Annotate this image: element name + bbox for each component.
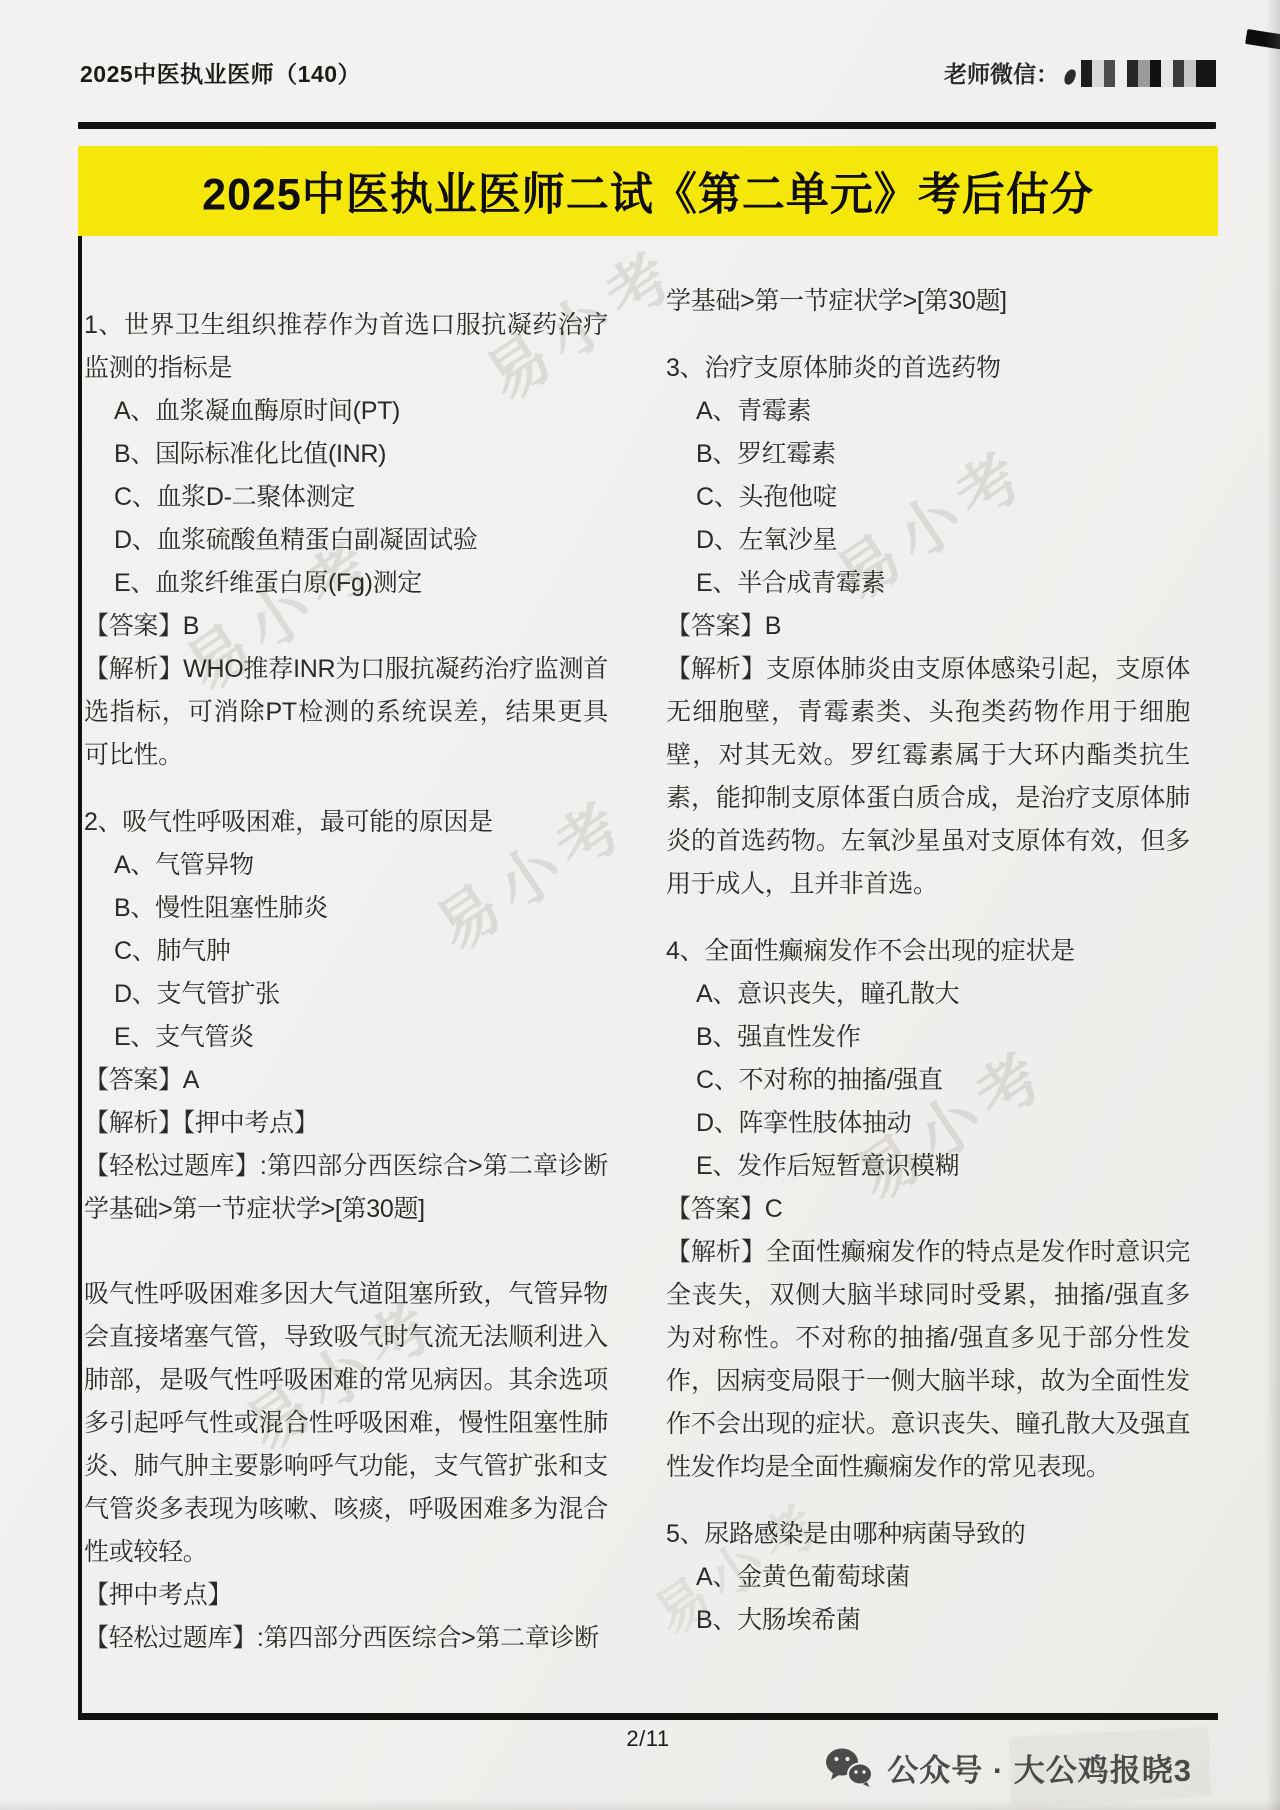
column-right: 学基础>第一节症状学>[第30题]3、治疗支原体肺炎的首选药物A、青霉素B、罗红… [666, 280, 1190, 1660]
text-block: 【答案】B [666, 605, 1190, 648]
text-block: A、金黄色葡萄球菌 [666, 1556, 1190, 1599]
title-banner: 2025中医执业医师二试《第二单元》考后估分 [78, 146, 1218, 236]
text-block: 【轻松过题库】:第四部分西医综合>第二章诊断 [84, 1617, 608, 1660]
official-account-row: 公众号 · 大公鸡报晓3 [823, 1745, 1192, 1790]
text-block: 【解析】支原体肺炎由支原体感染引起，支原体无细胞壁，青霉素类、头孢类药物作用于细… [666, 648, 1190, 906]
text-block: C、头孢他啶 [666, 476, 1190, 519]
text-block: A、青霉素 [666, 390, 1190, 433]
text-block: E、血浆纤维蛋白原(Fg)测定 [84, 562, 608, 605]
text-block: C、不对称的抽搐/强直 [666, 1059, 1190, 1102]
text-block: 2、吸气性呼吸困难，最可能的原因是 [84, 801, 608, 844]
wechat-icon [823, 1747, 875, 1789]
text-block: 【轻松过题库】:第四部分西医综合>第二章诊断学基础>第一节症状学>[第30题] [84, 1145, 608, 1231]
text-block: D、血浆硫酸鱼精蛋白副凝固试验 [84, 519, 608, 562]
text-block: A、血浆凝血酶原时间(PT) [84, 390, 608, 433]
text-block: C、血浆D-二聚体测定 [84, 476, 608, 519]
text-block: E、支气管炎 [84, 1016, 608, 1059]
text-block: E、半合成青霉素 [666, 562, 1190, 605]
wechat-label: 老师微信： [944, 56, 1059, 89]
text-block: 【解析】【押中考点】 [84, 1102, 608, 1145]
text-block: D、支气管扩张 [84, 973, 608, 1016]
header-divider [78, 122, 1216, 129]
text-block: 1、世界卫生组织推荐作为首选口服抗凝药治疗监测的指标是 [84, 304, 608, 390]
text-block: E、发作后短暂意识模糊 [666, 1145, 1190, 1188]
column-left: 1、世界卫生组织推荐作为首选口服抗凝药治疗监测的指标是A、血浆凝血酶原时间(PT… [84, 280, 608, 1660]
text-block: 3、治疗支原体肺炎的首选药物 [666, 347, 1190, 390]
header-title: 2025中医执业医师（140） [80, 56, 361, 89]
two-column-text: 1、世界卫生组织推荐作为首选口服抗凝药治疗监测的指标是A、血浆凝血酶原时间(PT… [82, 236, 1218, 1660]
text-block: B、强直性发作 [666, 1016, 1190, 1059]
text-block: 吸气性呼吸困难多因大气道阻塞所致，气管异物会直接堵塞气管，导致吸气时气流无法顺利… [84, 1273, 608, 1574]
text-block: 【答案】A [84, 1059, 608, 1102]
text-block: B、大肠埃希菌 [666, 1599, 1190, 1642]
text-block: 4、全面性癫痫发作不会出现的症状是 [666, 930, 1190, 973]
text-block: B、慢性阻塞性肺炎 [84, 887, 608, 930]
text-block: B、罗红霉素 [666, 433, 1190, 476]
text-block: B、国际标准化比值(INR) [84, 433, 608, 476]
text-block: A、意识丧失，瞳孔散大 [666, 973, 1190, 1016]
text-block: 5、尿路感染是由哪种病菌导致的 [666, 1513, 1190, 1556]
text-block: 【押中考点】 [84, 1574, 608, 1617]
official-account-name: 公众号 · 大公鸡报晓3 [887, 1745, 1192, 1790]
document-page: 2025中医执业医师（140） 老师微信： 2025中医执业医师二试《第二单元》… [0, 0, 1280, 1810]
teacher-wechat-row: 老师微信： [944, 56, 1216, 89]
photo-artifact [1266, 0, 1280, 1810]
text-block: 学基础>第一节症状学>[第30题] [666, 280, 1190, 323]
text-block: D、阵挛性肢体抽动 [666, 1102, 1190, 1145]
redaction-mosaic [1081, 60, 1216, 87]
text-block: C、肺气肿 [84, 930, 608, 973]
ink-mark [1063, 67, 1077, 85]
text-block: A、气管异物 [84, 844, 608, 887]
text-block: 【答案】C [666, 1188, 1190, 1231]
photo-artifact [0, 1800, 1280, 1810]
text-block: 【解析】全面性癫痫发作的特点是发作时意识完全丧失，双侧大脑半球同时受累，抽搐/强… [666, 1231, 1190, 1489]
banner-title: 2025中医执业医师二试《第二单元》考后估分 [202, 159, 1094, 222]
text-block: D、左氧沙星 [666, 519, 1190, 562]
page-header: 2025中医执业医师（140） 老师微信： [0, 0, 1280, 96]
text-block: 【答案】B [84, 605, 608, 648]
text-block: 【解析】WHO推荐INR为口服抗凝药治疗监测首选指标，可消除PT检测的系统误差，… [84, 648, 608, 777]
content-frame: 易小考 易小考 易小考 易小考 易小考 易小考 易小考 1、世界卫生组织推荐作为… [78, 236, 1218, 1720]
